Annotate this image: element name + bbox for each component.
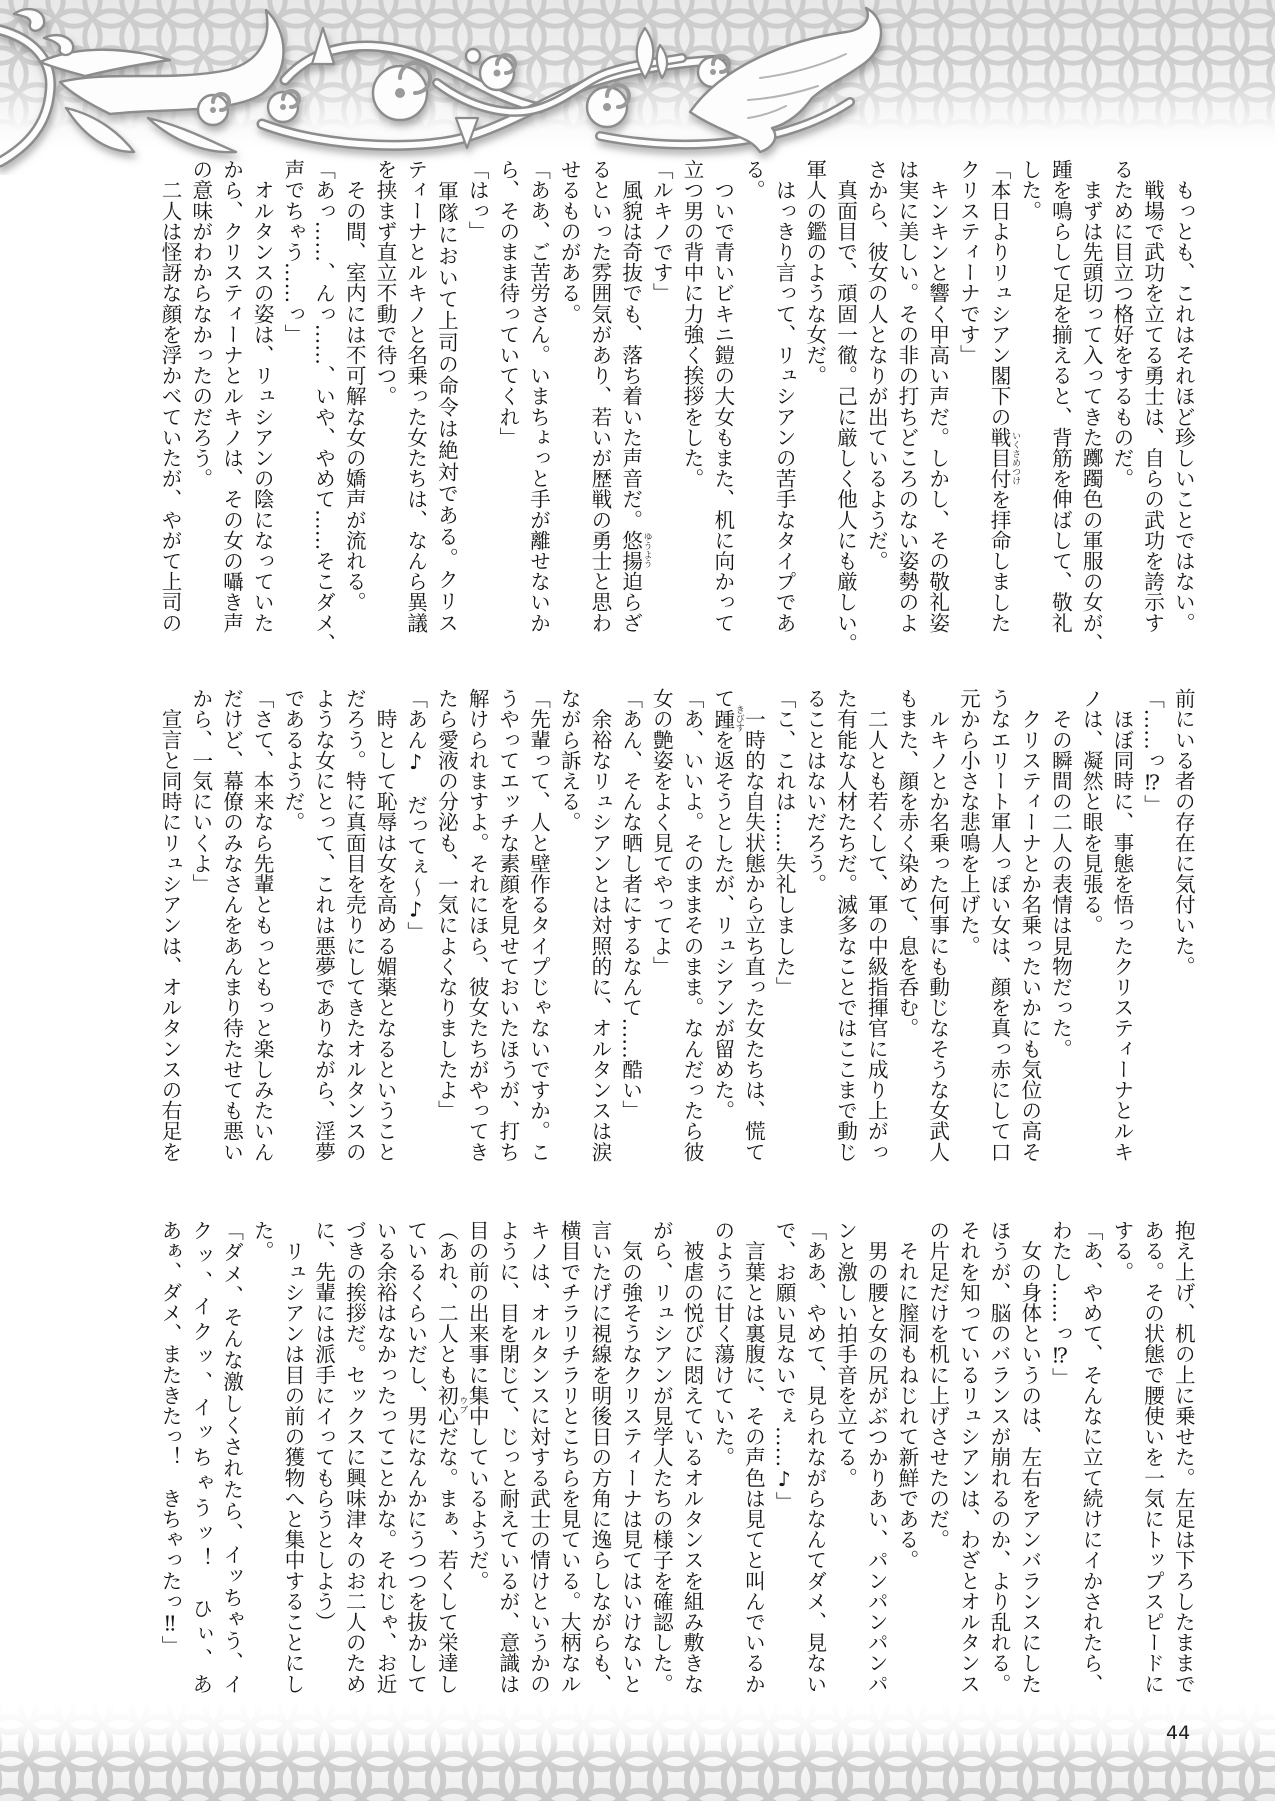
text-column: ほうが、脳のバランスが崩れるのか、より乱れる。 [983,1220,1014,1694]
text-column: る。 [738,159,769,633]
text-column: ることはないだろう。 [799,688,830,1162]
text-column: ついで青いビキニ鎧の大女もまた、机に向かって [707,159,738,633]
text-column: さから、彼女の人となりが出ているようだ。 [861,159,892,633]
text-column: ら、そのまま待っていてくれ」 [492,159,523,633]
ruby-reading: ウブ [457,1396,466,1414]
text-tier-middle: 前にいる者の存在に気付いた。 「……っ⁉」 ほぼ同時に、事態を悟ったクリスティー… [155,688,1199,1162]
page-number: 44 [1166,1722,1190,1744]
text-column: のように甘く蕩けていた。 [707,1220,738,1694]
text-column: 「……っ⁉」 [1137,688,1168,1162]
bottom-lattice-pattern [0,1700,1275,1801]
text-column: 二人とも若くして、軍の中級指揮官に成り上がっ [861,688,892,1162]
ruby-reading: きびす [734,705,743,732]
ruby-base-text: 踵 [711,709,735,730]
text-column: （あれ、二人とも初心ウブだな。まぁ、若くして栄達し [431,1220,462,1694]
text-column: ほぼ同時に、事態を悟ったクリスティーナとルキ [1106,688,1137,1162]
text-column: 風貌は奇抜でも、落ち着いた声音だ。悠揚ゆうよう迫らざ [615,159,646,633]
text-column: はっきり言って、リュシアンの苦手なタイプであ [768,159,799,633]
ruby-group: 戦目付いくさめつけ [987,427,1011,489]
text-column: 一時的な自失状態から立ち直った女たちは、慌て [738,688,769,1162]
text-column: リュシアンは目の前の獲物へと集中することにし [277,1220,308,1694]
text-column: 「はっ」 [461,159,492,633]
text-column: るために目立つ格好をするものだ。 [1106,159,1137,633]
text-column: で、お願い見ないでぇ……♪」 [768,1220,799,1694]
text-column: 言いたげに視線を明後日の方角に逸らしながらも、 [584,1220,615,1694]
header-scroll-ornament [0,0,900,175]
text-column: その間、室内には不可解な女の嬌声が流れる。 [339,159,370,633]
text-column: だろう。特に真面目を売りにしてきたオルタンスの [339,688,370,1162]
text-column: キンキンと響く甲高い声だ。しかし、その敬礼姿 [922,159,953,633]
text-column: だけど、幕僚のみなさんをあんまり待たせても悪い [216,688,247,1162]
text-column: それを知っているリュシアンは、わざとオルタンス [953,1220,984,1694]
column-text: を返そうとしたが、リュシアンが留めた。 [711,729,735,1120]
column-text: て [711,688,735,709]
text-column: を挟まず直立不動で待つ。 [369,159,400,633]
text-column: は実に美しい。その非の打ちどころのない姿勢のよ [891,159,922,633]
text-column: 「ダメ、そんな激しくされたら、イッちゃう、イ [216,1220,247,1694]
text-column: 踵を鳴らして足を揃えると、背筋を伸ばして、敬礼 [1045,159,1076,633]
text-column: ノは、凝然と眼を見張る。 [1075,688,1106,1162]
text-column: の意味がわからなかったのだろう。 [185,159,216,633]
text-column: 「ああ、ご苦労さん。いまちょっと手が離せないか [523,159,554,633]
text-column: ある。その状態で腰使いを一気にトップスピードに [1137,1220,1168,1694]
text-column: から、クリスティーナとルキノは、その女の囁き声 [216,159,247,633]
text-column: 真面目で、頑固一徹。己に厳しく他人にも厳しい。 [830,159,861,633]
text-column: ように、目を閉じて、じっと耐えているが、意識は [492,1220,523,1694]
ruby-reading: いくさめつけ [1010,431,1019,485]
text-column: 女の身体というのは、左右をアンバランスにした [1014,1220,1045,1694]
text-column: 「あん、そんな晒し者にするなんて……酷い」 [615,688,646,1162]
text-column: たら愛液の分泌も、一気によくなりましたよ」 [431,688,462,1162]
text-column: する。 [1106,1220,1137,1694]
column-text: （あれ、二人とも [434,1220,458,1385]
text-column: から、一気にいくよ」 [185,688,216,1162]
text-column: 女の艶姿をよく見てやってよ」 [646,688,677,1162]
text-column: オルタンスの姿は、リュシアンの陰になっていた [247,159,278,633]
text-column: 「さて、本来なら先輩ともっともっと楽しみたいん [247,688,278,1162]
text-tier-lower: 抱え上げ、机の上に乗せた。左足は下ろしたままで ある。その状態で腰使いを一気にト… [155,1220,1199,1694]
text-column: クリスティーナとか名乗ったいかにも気位の高そ [1014,688,1045,1162]
text-column: 宣言と同時にリュシアンは、オルタンスの右足を [154,688,185,1162]
text-column: うなエリート軍人っぽい女は、顔を真っ赤にして口 [983,688,1014,1162]
column-text: 「本日よりリュシアン閣下の [987,159,1011,427]
text-column: 解けられますよ。それにほら、彼女たちがやってき [461,688,492,1162]
text-column: て踵きびすを返そうとしたが、リュシアンが留めた。 [707,688,738,1162]
text-column: るといった雰囲気があり、若いが歴戦の勇士と思わ [584,159,615,633]
text-column: ティーナとルキノと名乗った女たちは、なんら異議 [400,159,431,633]
column-text: 迫らざ [619,571,643,633]
text-column: 二人は怪訝な顔を浮かべていたが、やがて上司の [154,159,185,633]
ruby-group: 踵きびす [711,709,735,730]
text-column: 軍人の鑑のような女だ。 [799,159,830,633]
text-column: せるものがある。 [554,159,585,633]
text-column: ているくらいだし、男になんかにうつつを抜かして [400,1220,431,1694]
text-column: 「あ、いいよ。そのままそのまま。なんだったら彼 [676,688,707,1162]
text-column: ルキノとか名乗った何事にも動じなそうな女武人 [922,688,953,1162]
text-column: あぁ、ダメ、またきたっ！ きちゃったっ‼」 [154,1220,185,1694]
text-column: うやってエッチな素顔を見せておいたほうが、打ち [492,688,523,1162]
text-column: 気の強そうなクリスティーナは見てはいけないと [615,1220,646,1694]
text-column: その瞬間の二人の表情は見物だった。 [1045,688,1076,1162]
text-tier-upper: もっとも、これはそれほど珍しいことではない。 戦場で武功を立てる勇士は、自らの武… [155,159,1199,633]
ruby-reading: ゆうよう [642,532,651,568]
text-column: がら、リュシアンが見学人たちの様子を確認した。 [646,1220,677,1694]
ruby-group: 悠揚ゆうよう [619,530,643,571]
column-text: を拝命しました [987,489,1011,633]
text-column: づきの挨拶だ。セックスに興味津々のお二人のため [339,1220,370,1694]
text-column: 前にいる者の存在に気付いた。 [1168,688,1199,1162]
text-column: した。 [1014,159,1045,633]
text-column: 抱え上げ、机の上に乗せた。左足は下ろしたままで [1168,1220,1199,1694]
text-column: ような女にとって、これは悪夢でありながら、淫夢 [308,688,339,1162]
text-column: に、先輩には派手にイってもらうとしよう） [308,1220,339,1694]
text-column: 「あっ……、んっ……、いや、やめて……そこダメ、 [308,159,339,633]
text-column: 目の前の出来事に集中しているようだ。 [461,1220,492,1694]
text-column: まずは先頭切って入ってきた躑躅色の軍服の女が、 [1075,159,1106,633]
column-text: だな。まぁ、若くして栄達し [434,1426,458,1694]
text-column: クリスティーナです」 [953,159,984,633]
text-column: た有能な人材たちだ。滅多なことではここまで動じ [830,688,861,1162]
text-column: 「あん♪ だってぇ〜♪」 [400,688,431,1162]
text-column: クッ、イクッ、イッちゃうッ！ ひぃ、あ [185,1220,216,1694]
text-column: いる余裕はなかったってことかな。それじゃ、お近 [369,1220,400,1694]
text-column: 「ああ、やめて、見られながらなんてダメ、見ない [799,1220,830,1694]
text-column: 時として恥辱は女を高める媚薬となるということ [369,688,400,1162]
text-column: 軍隊において上司の命令は絶対である。クリス [431,159,462,633]
text-column: の片足だけを机に上げさせたのだ。 [922,1220,953,1694]
text-column: キノは、オルタンスに対する武士の情けというかの [523,1220,554,1694]
text-column: 戦場で武功を立てる勇士は、自らの武功を誇示す [1137,159,1168,633]
text-column: 「本日よりリュシアン閣下の戦目付いくさめつけを拝命しました [983,159,1014,633]
ruby-group: 初心ウブ [434,1385,458,1426]
text-column: 男の腰と女の尻がぶつかりあい、パンパンパンパ [861,1220,892,1694]
text-column: 「こ、これは……失礼しました」 [768,688,799,1162]
text-column: であるようだ。 [277,688,308,1162]
text-column: 「先輩って、人と壁作るタイプじゃないですか。こ [523,688,554,1162]
text-column: 元から小さな悲鳴を上げた。 [953,688,984,1162]
text-column: 声でちゃう……っ」 [277,159,308,633]
text-column: もっとも、これはそれほど珍しいことではない。 [1168,159,1199,633]
text-column: ンと激しい拍手音を立てる。 [830,1220,861,1694]
text-column: それに膣洞もねじれて新鮮である。 [891,1220,922,1694]
text-column: もまた、顔を赤く染めて、息を呑む。 [891,688,922,1162]
text-column: わたし……っ⁉」 [1045,1220,1076,1694]
ruby-base-text: 戦目付 [987,427,1011,489]
text-column: た。 [247,1220,278,1694]
ruby-base-text: 初心 [434,1385,458,1426]
text-column: 余裕なリュシアンとは対照的に、オルタンスは涙 [584,688,615,1162]
text-column: 言葉とは裏腹に、その声色は見てと叫んでいるか [738,1220,769,1694]
text-column: 横目でチラリチラリとこちらを見ている。大柄なル [554,1220,585,1694]
column-text: 風貌は奇抜でも、落ち着いた声音だ。 [619,159,643,530]
text-column: 「あ、やめて、そんなに立て続けにイかされたら、 [1075,1220,1106,1694]
text-column: ながら訴える。 [554,688,585,1162]
text-column: 被虐の悦びに悶えているオルタンスを組み敷きな [676,1220,707,1694]
ruby-base-text: 悠揚 [619,530,643,571]
text-column: 立つ男の背中に力強く挨拶をした。 [676,159,707,633]
